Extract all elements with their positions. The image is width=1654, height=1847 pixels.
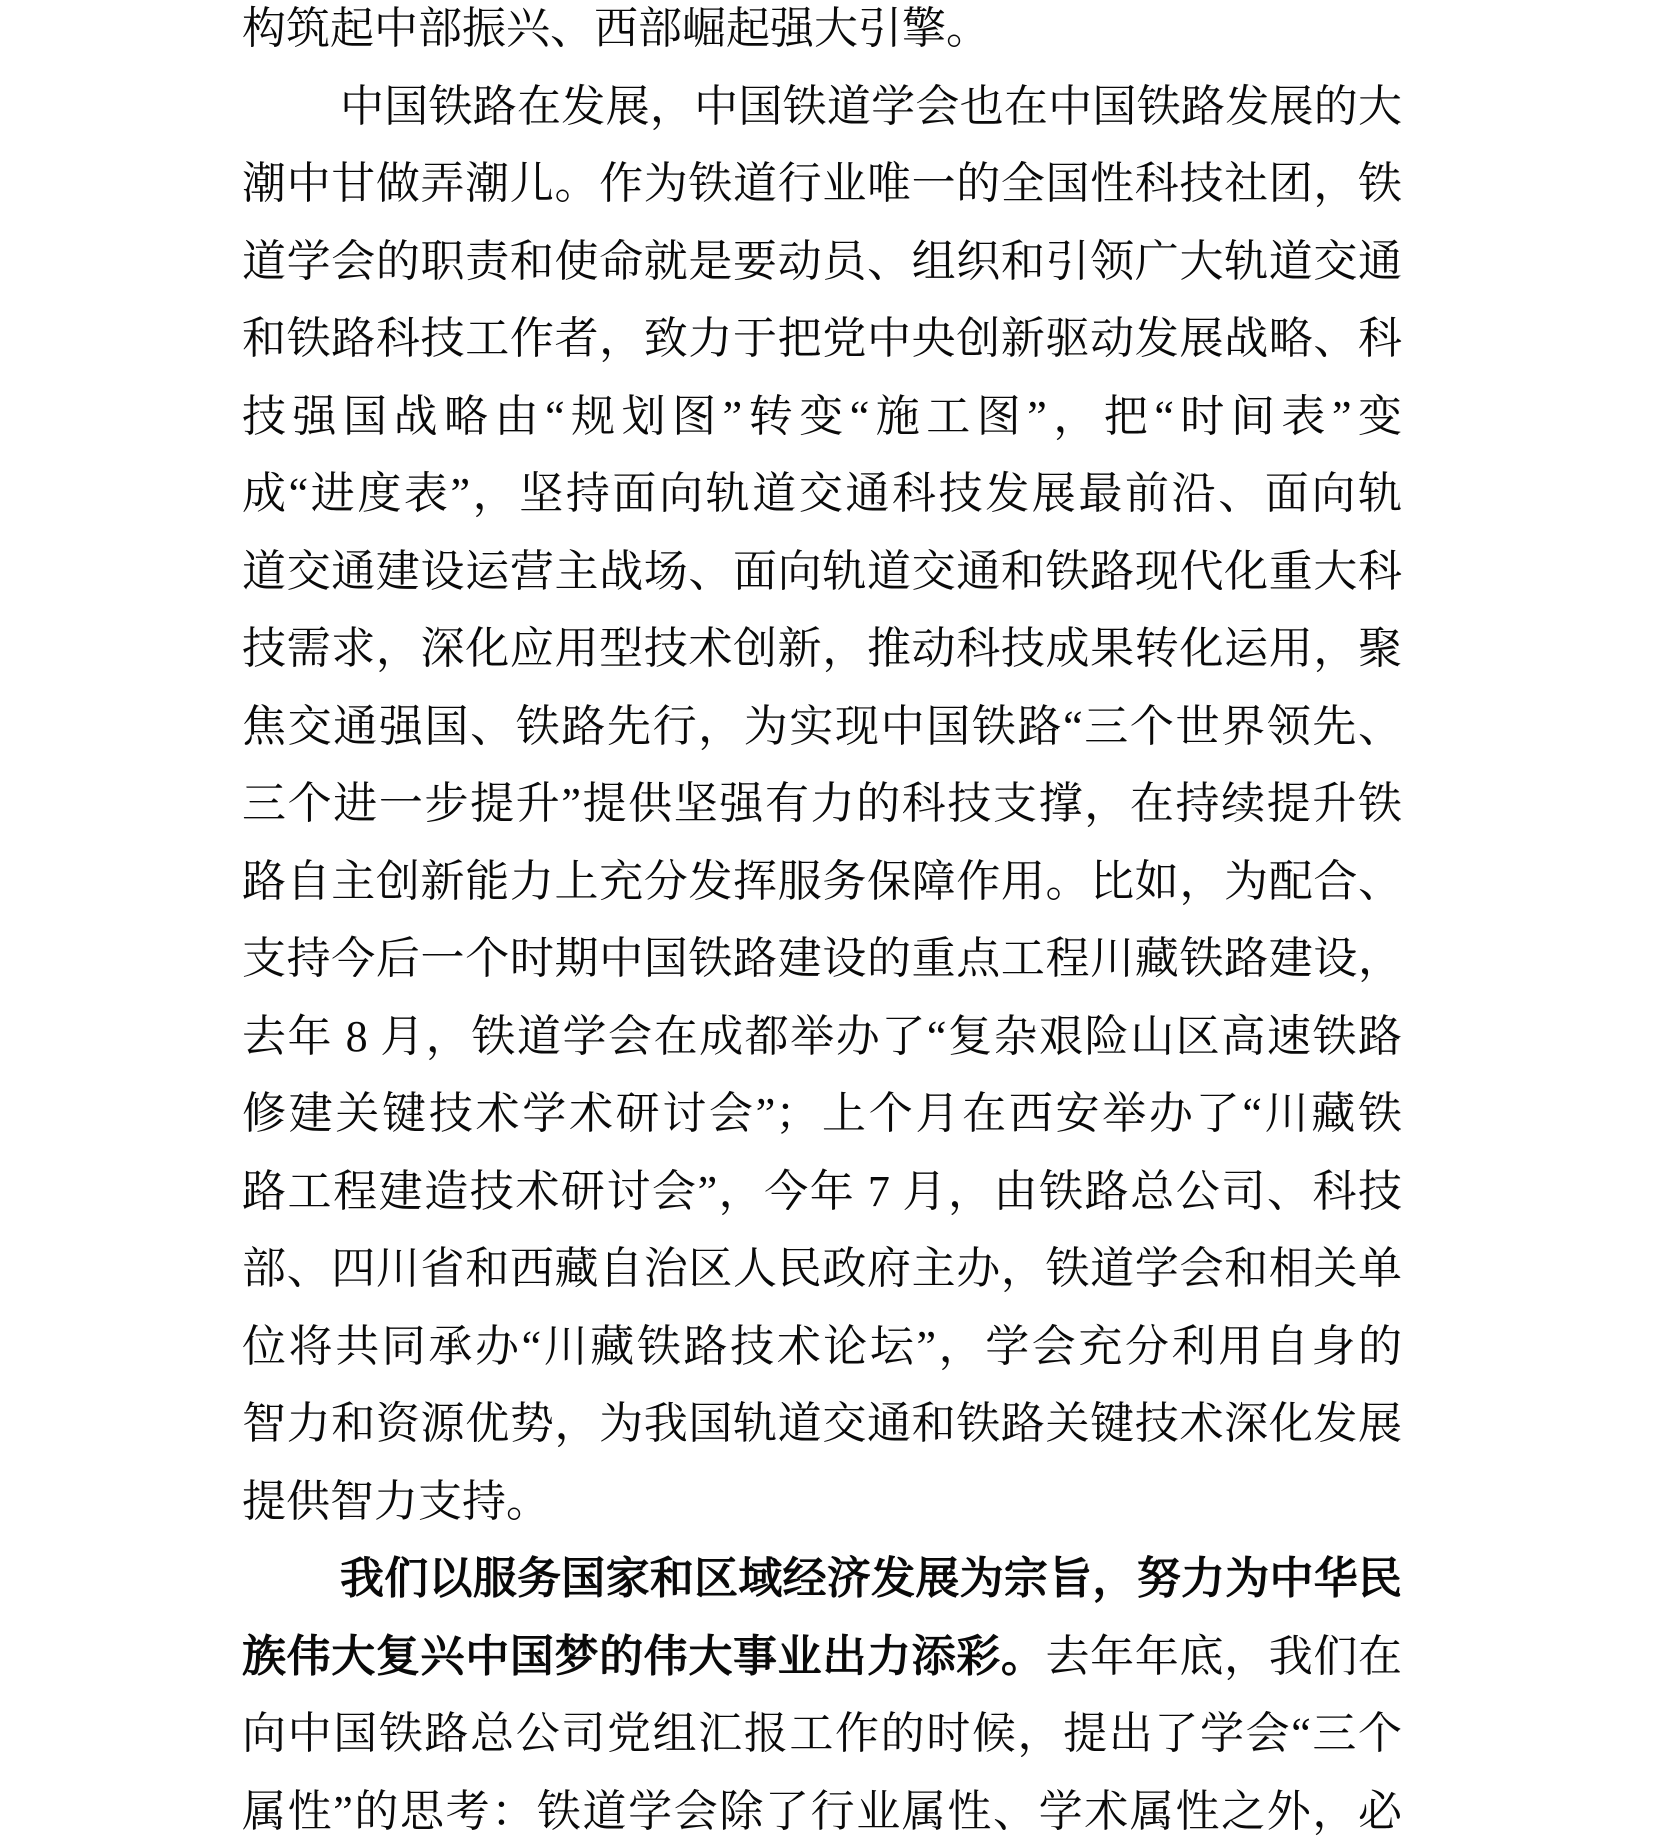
text-line: 修建关键技术学术研讨会”；上个月在西安举办了“川藏铁	[242, 1075, 1402, 1153]
text-line: 智力和资源优势，为我国轨道交通和铁路关键技术深化发展	[242, 1385, 1402, 1463]
text-line: 位将共同承办“川藏铁路技术论坛”，学会充分利用自身的	[242, 1308, 1402, 1386]
text-segment: 道学会的职责和使命就是要动员、组织和引领广大轨道交通	[242, 237, 1402, 286]
text-line: 潮中甘做弄潮儿。作为铁道行业唯一的全国性科技社团，铁	[242, 145, 1402, 223]
text-line: 我们以服务国家和区域经济发展为宗旨，努力为中华民	[242, 1540, 1402, 1618]
text-line: 向中国铁路总公司党组汇报工作的时候，提出了学会“三个	[242, 1695, 1402, 1773]
text-line: 路自主创新能力上充分发挥服务保障作用。比如，为配合、	[242, 843, 1402, 921]
text-line: 道学会的职责和使命就是要动员、组织和引领广大轨道交通	[242, 223, 1402, 301]
text-line: 中国铁路在发展，中国铁道学会也在中国铁路发展的大	[242, 68, 1402, 146]
text-segment: 向中国铁路总公司党组汇报工作的时候，提出了学会“三个	[242, 1709, 1402, 1758]
text-segment: 去年年底，我们在	[1046, 1632, 1402, 1681]
text-line: 去年 8 月，铁道学会在成都举办了“复杂艰险山区高速铁路	[242, 998, 1402, 1076]
text-segment: 修建关键技术学术研讨会”；上个月在西安举办了“川藏铁	[242, 1089, 1402, 1138]
text-segment: 属性”的思考：铁道学会除了行业属性、学术属性之外，必	[242, 1787, 1402, 1836]
text-line: 支持今后一个时期中国铁路建设的重点工程川藏铁路建设，	[242, 920, 1402, 998]
text-line: 族伟大复兴中国梦的伟大事业出力添彩。去年年底，我们在	[242, 1618, 1402, 1696]
text-segment: 路工程建造技术研讨会”，今年 7 月，由铁路总公司、科技	[242, 1167, 1402, 1216]
text-line: 构筑起中部振兴、西部崛起强大引擎。	[242, 0, 1402, 68]
text-segment: 智力和资源优势，为我国轨道交通和铁路关键技术深化发展	[242, 1399, 1402, 1448]
text-segment: 部、四川省和西藏自治区人民政府主办，铁道学会和相关单	[242, 1244, 1402, 1293]
text-line: 焦交通强国、铁路先行，为实现中国铁路“三个世界领先、	[242, 688, 1402, 766]
text-segment: 提供智力支持。	[242, 1477, 550, 1526]
text-segment: 潮中甘做弄潮儿。作为铁道行业唯一的全国性科技社团，铁	[242, 159, 1402, 208]
text-segment: 道交通建设运营主战场、面向轨道交通和铁路现代化重大科	[242, 547, 1402, 596]
text-segment: 技需求，深化应用型技术创新，推动科技成果转化运用，聚	[242, 624, 1402, 673]
text-segment: 技强国战略由“规划图”转变“施工图”，把“时间表”变	[242, 392, 1402, 441]
text-line: 部、四川省和西藏自治区人民政府主办，铁道学会和相关单	[242, 1230, 1402, 1308]
bold-text-segment: 我们以服务国家和区域经济发展为宗旨，努力为中华民	[340, 1554, 1402, 1603]
text-segment: 构筑起中部振兴、西部崛起强大引擎。	[242, 4, 990, 53]
text-segment: 和铁路科技工作者，致力于把党中央创新驱动发展战略、科	[242, 314, 1402, 363]
text-segment: 焦交通强国、铁路先行，为实现中国铁路“三个世界领先、	[242, 702, 1402, 751]
text-line: 路工程建造技术研讨会”，今年 7 月，由铁路总公司、科技	[242, 1153, 1402, 1231]
text-line: 提供智力支持。	[242, 1463, 1402, 1541]
bold-text-segment: 族伟大复兴中国梦的伟大事业出力添彩。	[242, 1632, 1046, 1681]
text-line: 三个进一步提升”提供坚强有力的科技支撑，在持续提升铁	[242, 765, 1402, 843]
document-page: 构筑起中部振兴、西部崛起强大引擎。中国铁路在发展，中国铁道学会也在中国铁路发展的…	[0, 0, 1654, 1847]
text-segment: 中国铁路在发展，中国铁道学会也在中国铁路发展的大	[340, 82, 1402, 131]
document-text-block: 构筑起中部振兴、西部崛起强大引擎。中国铁路在发展，中国铁道学会也在中国铁路发展的…	[242, 0, 1402, 1847]
text-line: 成“进度表”，坚持面向轨道交通科技发展最前沿、面向轨	[242, 455, 1402, 533]
text-segment: 位将共同承办“川藏铁路技术论坛”，学会充分利用自身的	[242, 1322, 1402, 1371]
text-line: 道交通建设运营主战场、面向轨道交通和铁路现代化重大科	[242, 533, 1402, 611]
text-segment: 路自主创新能力上充分发挥服务保障作用。比如，为配合、	[242, 857, 1402, 906]
text-line: 和铁路科技工作者，致力于把党中央创新驱动发展战略、科	[242, 300, 1402, 378]
text-line: 技强国战略由“规划图”转变“施工图”，把“时间表”变	[242, 378, 1402, 456]
text-line: 属性”的思考：铁道学会除了行业属性、学术属性之外，必	[242, 1773, 1402, 1847]
text-segment: 三个进一步提升”提供坚强有力的科技支撑，在持续提升铁	[242, 779, 1402, 828]
text-segment: 去年 8 月，铁道学会在成都举办了“复杂艰险山区高速铁路	[242, 1012, 1402, 1061]
text-segment: 成“进度表”，坚持面向轨道交通科技发展最前沿、面向轨	[242, 469, 1402, 518]
text-line: 技需求，深化应用型技术创新，推动科技成果转化运用，聚	[242, 610, 1402, 688]
text-segment: 支持今后一个时期中国铁路建设的重点工程川藏铁路建设，	[242, 934, 1402, 983]
